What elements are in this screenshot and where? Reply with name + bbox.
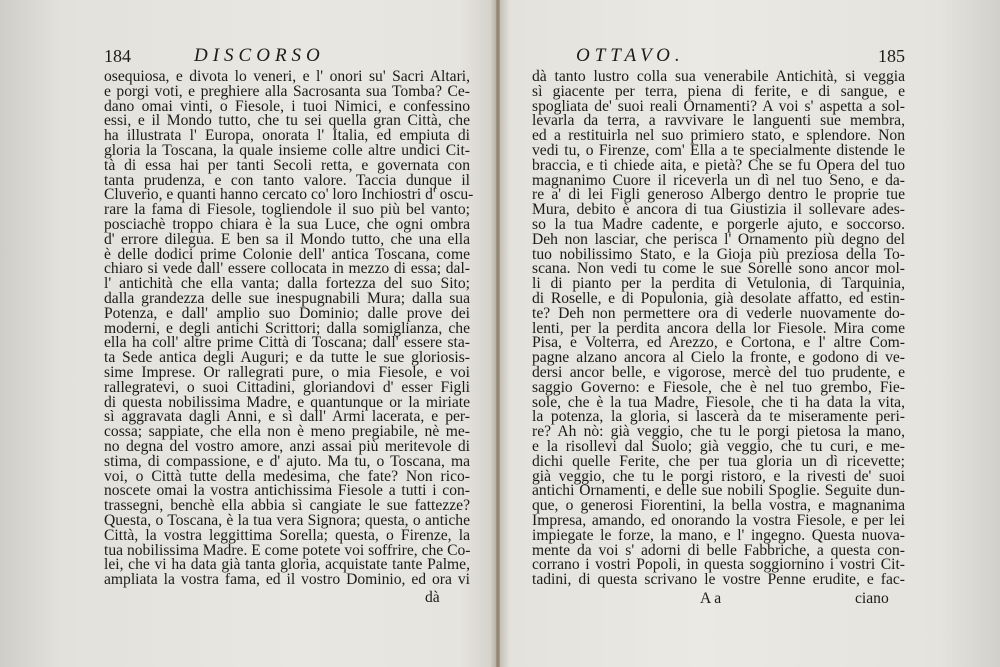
running-title: DISCORSO bbox=[194, 44, 325, 68]
text-line: ampliata la vostra fama, ed il vostro Do… bbox=[104, 573, 470, 588]
page-body-text: osequiosa, e divota lo veneri, e l' onor… bbox=[104, 70, 470, 588]
page-body-text: dà tanto lustro colla sua venerabile Ant… bbox=[532, 70, 905, 588]
running-title: OTTAVO. bbox=[576, 44, 685, 68]
catchword: dà bbox=[425, 589, 440, 608]
left-page: 184 DISCORSO osequiosa, e divota lo vene… bbox=[0, 0, 496, 667]
text-line: tadini, di questa scrivano le vostre Pen… bbox=[532, 573, 905, 588]
right-page: OTTAVO. 185 dà tanto lustro colla sua ve… bbox=[500, 0, 1000, 667]
book-spread: 184 DISCORSO osequiosa, e divota lo vene… bbox=[0, 0, 1000, 667]
running-head: OTTAVO. 185 bbox=[532, 44, 905, 68]
running-head: 184 DISCORSO bbox=[104, 44, 470, 68]
catchword: ciano bbox=[855, 590, 889, 609]
page-number: 184 bbox=[104, 44, 131, 68]
page-number: 185 bbox=[878, 44, 905, 68]
signature-mark: A a bbox=[700, 590, 721, 609]
